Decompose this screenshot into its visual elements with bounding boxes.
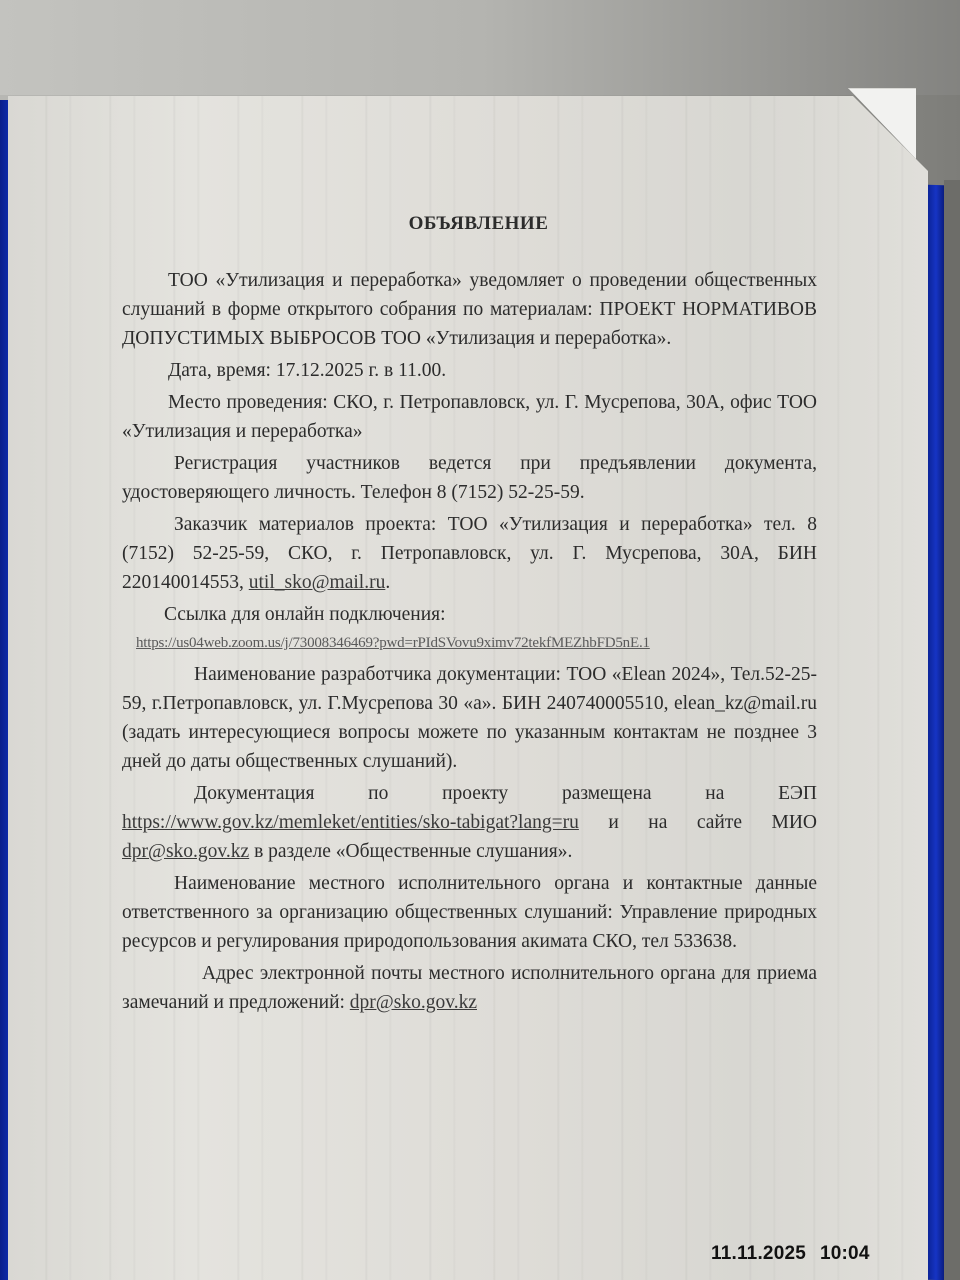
- blue-frame-right: [928, 185, 944, 1280]
- intro-paragraph: ТОО «Утилизация и переработка» уведомляе…: [122, 266, 817, 353]
- feedback-paragraph: Адрес электронной почты местного исполни…: [122, 959, 817, 1017]
- docs-text-3: в разделе «Общественные слушания».: [254, 841, 572, 862]
- registration-paragraph: Регистрация участников ведется при предъ…: [122, 449, 817, 507]
- wall-background: [0, 0, 960, 95]
- authority-paragraph: Наименование местного исполнительного ор…: [122, 869, 817, 956]
- datetime-paragraph: Дата, время: 17.12.2025 г. в 11.00.: [122, 356, 817, 385]
- online-label: Ссылка для онлайн подключения:: [122, 600, 817, 629]
- venue-paragraph: Место проведения: СКО, г. Петропавловск,…: [122, 388, 817, 446]
- mio-email-link[interactable]: dpr@sko.gov.kz: [122, 841, 249, 862]
- docs-text-2: и на сайте МИО: [608, 812, 817, 833]
- documentation-paragraph: Документация по проекту размещена на ЕЭП…: [122, 779, 817, 866]
- zoom-meeting-link[interactable]: https://us04web.zoom.us/j/73008346469?pw…: [136, 629, 817, 658]
- developer-paragraph: Наименование разработчика документации: …: [122, 660, 817, 776]
- photo-timestamp: 11.11.202510:04: [711, 1243, 870, 1265]
- timestamp-date: 11.11.2025: [711, 1243, 806, 1264]
- customer-email-link[interactable]: util_sko@mail.ru: [249, 572, 386, 593]
- document-title: ОБЪЯВЛЕНИЕ: [140, 209, 817, 238]
- docs-text-1: Документация по проекту размещена на ЕЭП: [194, 783, 817, 804]
- timestamp-time: 10:04: [820, 1243, 870, 1264]
- egov-link[interactable]: https://www.gov.kz/memleket/entities/sko…: [122, 812, 579, 833]
- announcement-body: ОБЪЯВЛЕНИЕ ТОО «Утилизация и переработка…: [122, 205, 817, 1020]
- customer-text: Заказчик материалов проекта: ТОО «Утилиз…: [122, 514, 817, 593]
- frame-shadow: [944, 180, 960, 1280]
- feedback-email-link[interactable]: dpr@sko.gov.kz: [350, 992, 477, 1013]
- customer-paragraph: Заказчик материалов проекта: ТОО «Утилиз…: [122, 510, 817, 597]
